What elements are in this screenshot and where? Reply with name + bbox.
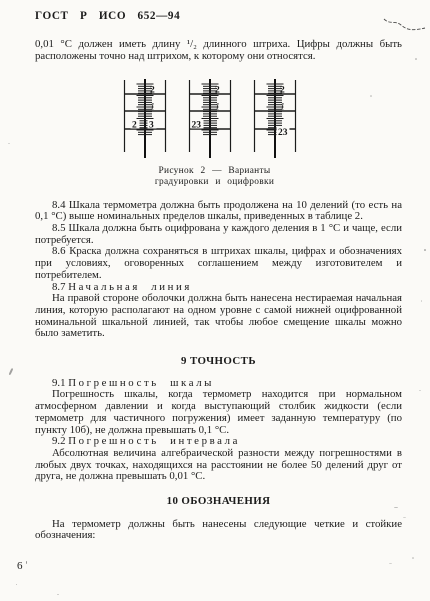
scan-speck xyxy=(57,594,59,595)
paragraph-9-1: Погрешность шкалы, когда термометр наход… xyxy=(35,389,402,436)
scan-speck xyxy=(8,143,10,144)
subheading-title: Погрешность шкалы xyxy=(68,377,214,389)
paragraph-8-4: 8.4 Шкала термометра должна быть продолж… xyxy=(35,200,402,223)
scan-apostrophe-artifact xyxy=(26,561,27,564)
scan-speck xyxy=(415,58,417,60)
scan-slash-artifact xyxy=(9,368,13,375)
figure-2: 2 1 2 3 2 1 23 xyxy=(35,79,402,187)
scan-speck xyxy=(419,390,421,391)
scan-speck xyxy=(16,584,17,585)
subheading-number: 9.2 xyxy=(52,435,66,447)
thermometer-variant-3: 2 1 23 xyxy=(251,79,299,159)
page-number: 6 xyxy=(17,560,23,572)
subheading-number: 9.1 xyxy=(52,377,66,389)
scale-number: 1 xyxy=(150,103,155,113)
scale-number: 23 xyxy=(191,121,201,131)
intro-paragraph: 0,01 °С должен иметь длину ¹/₂ длинного … xyxy=(35,39,402,62)
scan-speck xyxy=(370,95,372,97)
subheading-title: Погрешность интервала xyxy=(68,435,240,447)
scan-speck xyxy=(403,517,406,518)
scale-number: 23 xyxy=(278,128,288,138)
subheading-title: Начальная линия xyxy=(68,281,192,293)
scan-speck xyxy=(394,507,398,508)
thermometer-variant-2: 2 1 23 xyxy=(186,79,234,159)
thermometer-variant-1: 2 1 2 3 xyxy=(121,79,169,159)
scale-number: 3 xyxy=(149,121,154,131)
paragraph-10-intro: На термометр должны быть нанесены следую… xyxy=(35,519,402,542)
paragraph-9-2: Абсолютная величина алгебраической разно… xyxy=(35,448,402,483)
paragraph-8-5: 8.5 Шкала должна быть оцифрована у каждо… xyxy=(35,223,402,246)
paragraph-initial-line: На правой стороне оболочки должна быть н… xyxy=(35,293,402,340)
scan-speck xyxy=(421,300,422,302)
scan-squiggle-artifact xyxy=(383,15,427,35)
paragraph-8-6: 8.6 Краска должна сохраняться в штрихах … xyxy=(35,246,402,281)
thermometer-drawings: 2 1 2 3 2 1 23 xyxy=(26,79,393,159)
scale-number: 2 xyxy=(215,86,220,96)
scale-number: 1 xyxy=(280,103,285,113)
section-heading-10: 10 ОБОЗНАЧЕНИЯ xyxy=(35,496,402,508)
section-heading-9: 9 ТОЧНОСТЬ xyxy=(35,356,402,368)
figure-caption: Рисунок 2 — Варианты градуировки и оцифр… xyxy=(31,166,398,187)
scale-number: 2 xyxy=(132,121,137,131)
scale-number: 2 xyxy=(150,86,155,96)
document-page: ГОСТ Р ИСО 652—94 0,01 °С должен иметь д… xyxy=(0,0,430,601)
scale-number: 1 xyxy=(215,103,220,113)
scan-speck xyxy=(389,563,392,564)
scan-speck xyxy=(412,557,414,559)
page-content: 0,01 °С должен иметь длину ¹/₂ длинного … xyxy=(35,39,402,542)
scan-speck xyxy=(424,249,426,251)
subheading-number: 8.7 xyxy=(52,281,66,293)
doc-header: ГОСТ Р ИСО 652—94 xyxy=(35,10,180,22)
figure-caption-line1: Рисунок 2 — Варианты xyxy=(31,166,398,177)
body-text: 8.4 Шкала термометра должна быть продолж… xyxy=(35,200,402,543)
scale-number: 2 xyxy=(280,86,285,96)
figure-caption-line2: градуировки и оцифровки xyxy=(31,177,398,188)
